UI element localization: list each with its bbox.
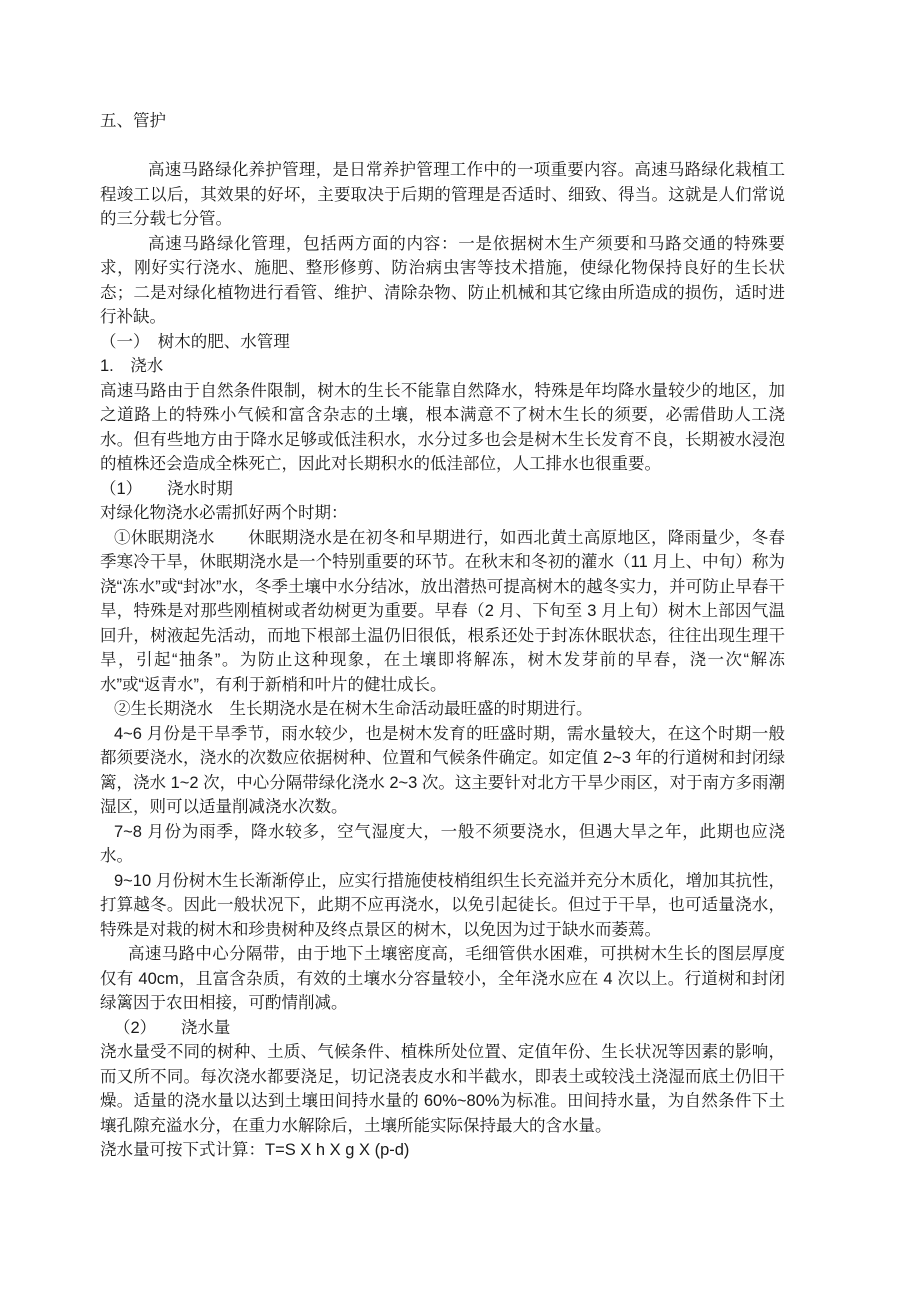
paragraph-watering-overview: 高速马路由于自然条件限制，树木的生长不能靠自然降水，特殊是年均降水量较少的地区，… <box>100 379 785 477</box>
paragraph-watering-amount-factors: 浇水量受不同的树种、土质、气候条件、植株所处位置、定值年份、生长状况等因素的影响… <box>100 1040 785 1138</box>
heading-watering-amount: （2） 浇水量 <box>100 1016 785 1041</box>
paragraph-april-june: 4~6 月份是干旱季节，雨水较少，也是树木发育的旺盛时期，需水量较大，在这个时期… <box>100 722 785 820</box>
paragraph-september-october: 9~10 月份树木生长渐渐停止，应实行措施使枝梢组织生长充溢并充分木质化，增加其… <box>100 869 785 943</box>
paragraph-july-august: 7~8 月份为雨季，降水较多，空气湿度大，一般不须要浇水，但遇大旱之年，此期也应… <box>100 820 785 869</box>
section-title: 五、管护 <box>100 109 785 134</box>
document-page: 五、管护 高速马路绿化养护管理，是日常养护管理工作中的一项重要内容。高速马路绿化… <box>0 0 920 1302</box>
paragraph-median-strip: 高速马路中心分隔带，由于地下土壤密度高，毛细管供水困难，可拱树木生长的图层厚度仅… <box>100 942 785 1016</box>
paragraph-intro-importance: 高速马路绿化养护管理，是日常养护管理工作中的一项重要内容。高速马路绿化栽植工程竣… <box>100 158 785 232</box>
document-content: 五、管护 高速马路绿化养护管理，是日常养护管理工作中的一项重要内容。高速马路绿化… <box>100 109 785 1163</box>
heading-watering: 1. 浇水 <box>100 354 785 379</box>
paragraph-intro-two-aspects: 高速马路绿化管理，包括两方面的内容：一是依据树木生产须要和马路交通的特殊要求，刚… <box>100 232 785 330</box>
heading-watering-period: （1） 浇水时期 <box>100 477 785 502</box>
heading-fertilizer-water-management: （一） 树木的肥、水管理 <box>100 330 785 355</box>
paragraph-two-periods-lead: 对绿化物浇水必需抓好两个时期： <box>100 501 785 526</box>
formula-watering-amount: 浇水量可按下式计算：T=S X h X g X (p-d) <box>100 1138 785 1163</box>
blank-line <box>100 134 785 159</box>
paragraph-growth-period-watering: ②生长期浇水 生长期浇水是在树木生命活动最旺盛的时期进行。 <box>100 697 785 722</box>
paragraph-dormant-period-watering: ①休眠期浇水 休眠期浇水是在初冬和早期进行，如西北黄土高原地区，降雨量少，冬春季… <box>100 526 785 698</box>
